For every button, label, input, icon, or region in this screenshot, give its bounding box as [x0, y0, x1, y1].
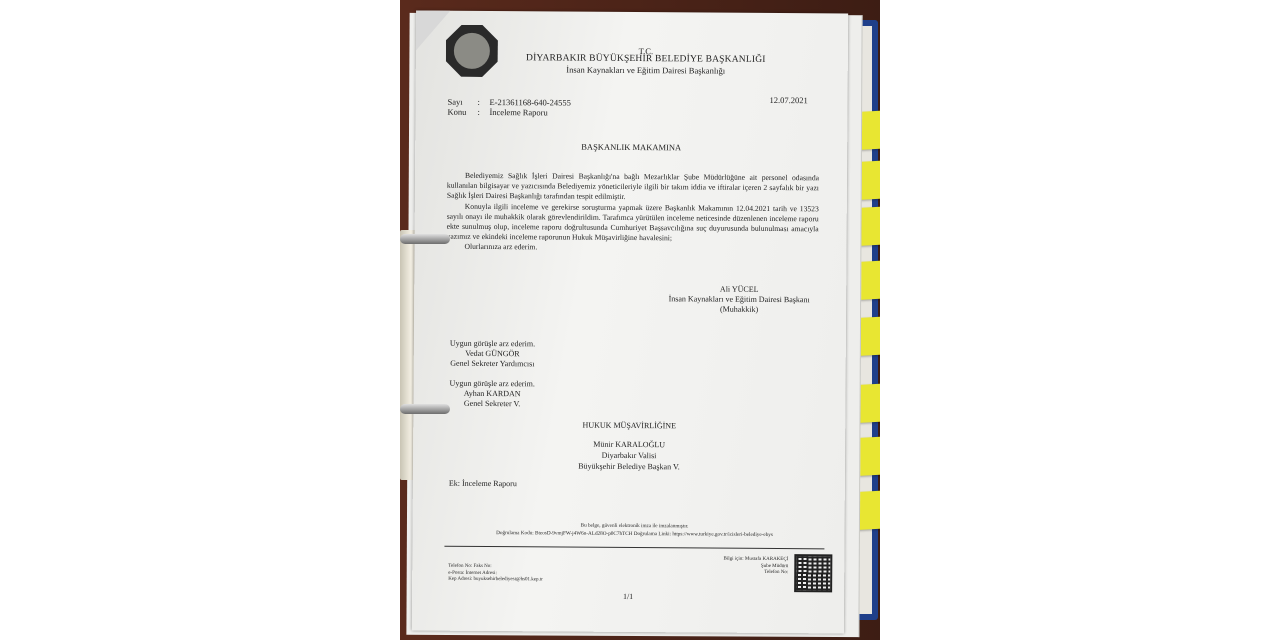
binder-ring [400, 234, 450, 244]
document-photo: T.C. DİYARBAKIR BÜYÜKŞEHİR BELEDİYE BAŞK… [400, 0, 880, 640]
header-department: İnsan Kaynakları ve Eğitim Dairesi Başka… [496, 64, 796, 76]
header-organization: DİYARBAKIR BÜYÜKŞEHİR BELEDİYE BAŞKANLIĞ… [496, 53, 796, 65]
qr-code-icon [794, 554, 832, 592]
verification-block: Bu belge, güvenli elektronik imza ile im… [444, 521, 824, 540]
referral-block: HUKUK MÜŞAVİRLİĞİNE Münir KARALOĞLU Diya… [413, 418, 845, 473]
approver-name: Ayhan KARDAN [449, 389, 534, 400]
approval-block: Uygun görüşle arz ederim. Ayhan KARDAN G… [449, 379, 535, 410]
approver-name: Vedat GÜNGÖR [450, 349, 535, 360]
municipality-seal-icon [446, 25, 498, 77]
signatory-title: İnsan Kaynakları ve Eğitim Dairesi Başka… [654, 294, 824, 305]
body-paragraph: Belediyemiz Sağlık İşleri Dairesi Başkan… [447, 171, 819, 204]
footer-divider [444, 546, 824, 550]
info-contact: Bilgi için: Mustafa KARAKEÇİ Şube Müdürü… [708, 557, 788, 577]
addressee: BAŞKANLIK MAKAMINA [415, 140, 847, 153]
attachment-note: Ek: İnceleme Raporu [449, 479, 517, 488]
approver-title: Genel Sekreter V. [449, 399, 534, 410]
body-paragraph: Konuyla ilgili inceleme ve gerekirse sor… [447, 201, 819, 244]
approver-title: Genel Sekreter Yardımcısı [450, 359, 535, 370]
document-date: 12.07.2021 [770, 95, 808, 105]
page-number: 1/1 [412, 590, 844, 602]
signatory-role: (Muhakkik) [654, 304, 824, 315]
document-page: T.C. DİYARBAKIR BÜYÜKŞEHİR BELEDİYE BAŞK… [412, 10, 848, 633]
signatory-block: Ali YÜCEL İnsan Kaynakları ve Eğitim Dai… [654, 284, 824, 315]
binder-ring [400, 404, 450, 414]
contact-info: Telefon No: Faks No: e-Posta: İnternet A… [448, 564, 543, 584]
document-subject: Konu:İnceleme Raporu [447, 107, 547, 118]
document-body: Belediyemiz Sağlık İşleri Dairesi Başkan… [446, 171, 819, 255]
verification-code: Doğrulama Kodu: BteosD-9vmjFW-j4W6n-ALd2… [444, 529, 824, 540]
body-paragraph: Olurlarınıza arz ederim. [446, 242, 818, 255]
approval-block: Uygun görüşle arz ederim. Vedat GÜNGÖR G… [450, 339, 536, 370]
